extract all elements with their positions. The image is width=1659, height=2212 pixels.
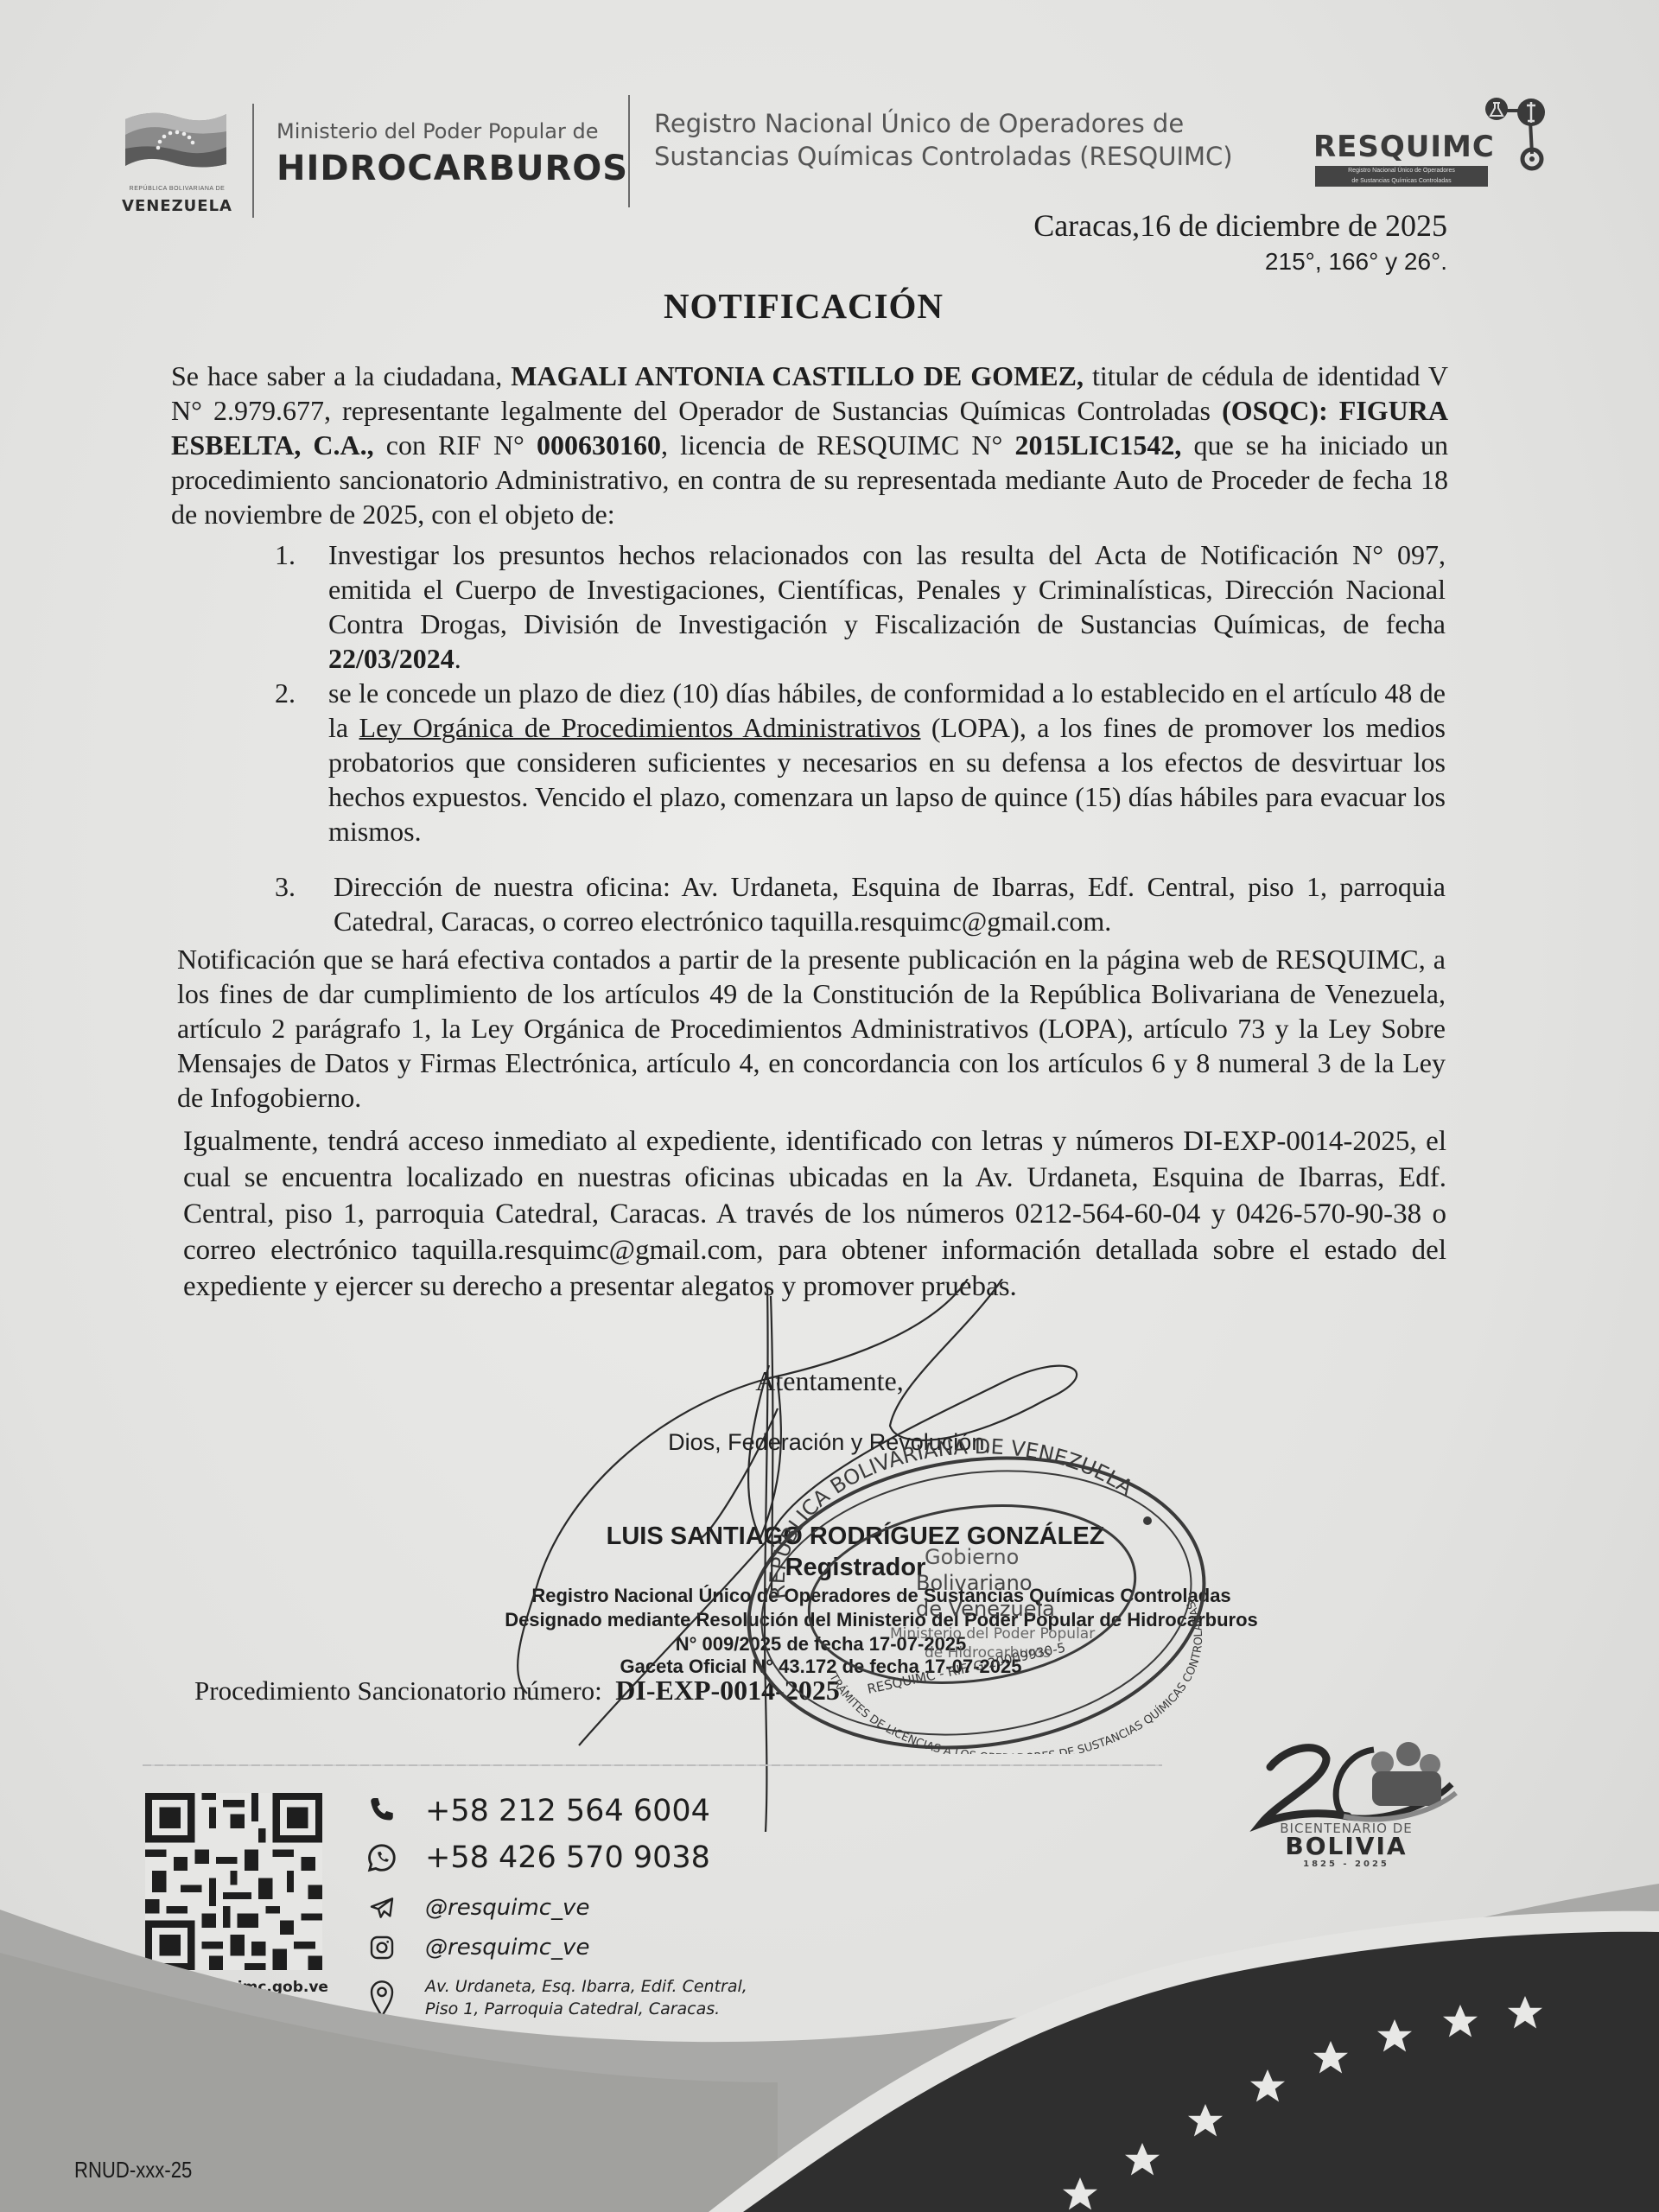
country-label: VENEZUELA	[121, 197, 233, 215]
date-block: Caracas,16 de diciembre de 2025 215°, 16…	[1033, 207, 1447, 280]
citizen-name: MAGALI ANTONIA CASTILLO DE GOMEZ,	[511, 360, 1084, 391]
registry-name: Registro Nacional Único de Operadores de…	[654, 107, 1233, 173]
item-date: 22/03/2024	[328, 643, 454, 674]
signer-designation: Designado mediante Resolución del Minist…	[0, 1609, 1659, 1631]
resquimc-logo: RESQUIMC Registro Nacional Único de Oper…	[1313, 95, 1555, 190]
document-title: NOTIFICACIÓN	[0, 285, 1607, 327]
signer-org: Registro Nacional Único de Operadores de…	[0, 1585, 1659, 1607]
bicentenary-country: BOLIVIA	[1251, 1832, 1441, 1860]
list-item: 2. se le concede un plazo de diez (10) d…	[275, 676, 1446, 849]
ministry-line1: Ministerio del Poder Popular de	[276, 119, 599, 143]
chemistry-molecule-icon	[1482, 95, 1551, 173]
letterhead: REPÚBLICA BOLIVARIANA DE VENEZUELA Minis…	[117, 95, 1551, 225]
divider	[628, 95, 630, 207]
list-item: 3. Dirección de nuestra oficina: Av. Urd…	[275, 869, 1446, 938]
notice-paragraph: Notificación que se hará efectiva contad…	[177, 942, 1446, 1115]
closing: Atentamente,	[0, 1365, 1633, 1397]
logo-word: RESQUIMC	[1313, 130, 1495, 164]
lopa-law-link: Ley Orgánica de Procedimientos Administr…	[359, 712, 921, 743]
signer-role: Registrador	[0, 1554, 1659, 1582]
logo-band: Registro Nacional Único de Operadores de…	[1315, 166, 1488, 187]
access-paragraph: Igualmente, tendrá acceso inmediato al e…	[183, 1123, 1446, 1305]
motto: Dios, Federación y Revolución,	[0, 1429, 1633, 1456]
signer-name: LUIS SANTIAGO RODRÍGUEZ GONZÁLEZ	[0, 1522, 1659, 1551]
registry-line2: Sustancias Químicas Controladas (RESQUIM…	[654, 140, 1233, 173]
intro-text: Se hace saber a la ciudadana,	[171, 360, 511, 391]
logo-band-line1: Registro Nacional Único de Operadores	[1315, 166, 1488, 176]
item-text: Investigar los presuntos hechos relacion…	[328, 539, 1446, 639]
item-number: 1.	[275, 537, 296, 572]
license-number: 2015LIC1542,	[1014, 429, 1181, 461]
intro-text: con RIF N°	[374, 429, 537, 461]
phone-contact[interactable]: +58 212 564 6004	[363, 1792, 710, 1830]
list-item: 1. Investigar los presuntos hechos relac…	[275, 537, 1446, 676]
divider	[252, 104, 254, 218]
logo-band-line2: de Sustancias Químicas Controladas	[1315, 176, 1488, 187]
procedure-number: Procedimiento Sancionatorio número: DI-E…	[194, 1675, 840, 1707]
place-date: Caracas,16 de diciembre de 2025	[1033, 207, 1447, 244]
item-text: .	[454, 643, 461, 674]
procedure-label: Procedimiento Sancionatorio número:	[194, 1675, 602, 1706]
intro-paragraph: Se hace saber a la ciudadana, MAGALI ANT…	[171, 359, 1448, 531]
intro-text: , licencia de RESQUIMC N°	[661, 429, 1014, 461]
registry-line1: Registro Nacional Único de Operadores de	[654, 107, 1233, 140]
country-small-label: REPÚBLICA BOLIVARIANA DE	[121, 186, 233, 192]
objectives-list: 1. Investigar los presuntos hechos relac…	[275, 537, 1446, 938]
rif-number: 000630160	[537, 429, 661, 461]
item-number: 3.	[275, 869, 296, 904]
phone-number[interactable]: +58 212 564 6004	[425, 1794, 710, 1828]
document-code: RNUD-xxx-25	[74, 2157, 192, 2183]
item-number: 2.	[275, 676, 296, 710]
ministry-line2: HIDROCARBUROS	[276, 149, 628, 188]
footer-wave-decoration	[0, 1858, 1659, 2212]
resolution-number: N° 009/2025 de fecha 17-07-2025	[0, 1633, 1624, 1656]
footer-divider	[143, 1764, 1162, 1766]
era-years: 215°, 166° y 26°.	[1033, 244, 1447, 280]
procedure-id: DI-EXP-0014-2025	[615, 1675, 840, 1706]
notification-page: REPÚBLICA BOLIVARIANA DE VENEZUELA Minis…	[0, 0, 1659, 2212]
venezuela-flag-icon	[121, 104, 229, 173]
phone-icon	[363, 1792, 401, 1830]
item-text: Dirección de nuestra oficina: Av. Urdane…	[334, 871, 1446, 937]
